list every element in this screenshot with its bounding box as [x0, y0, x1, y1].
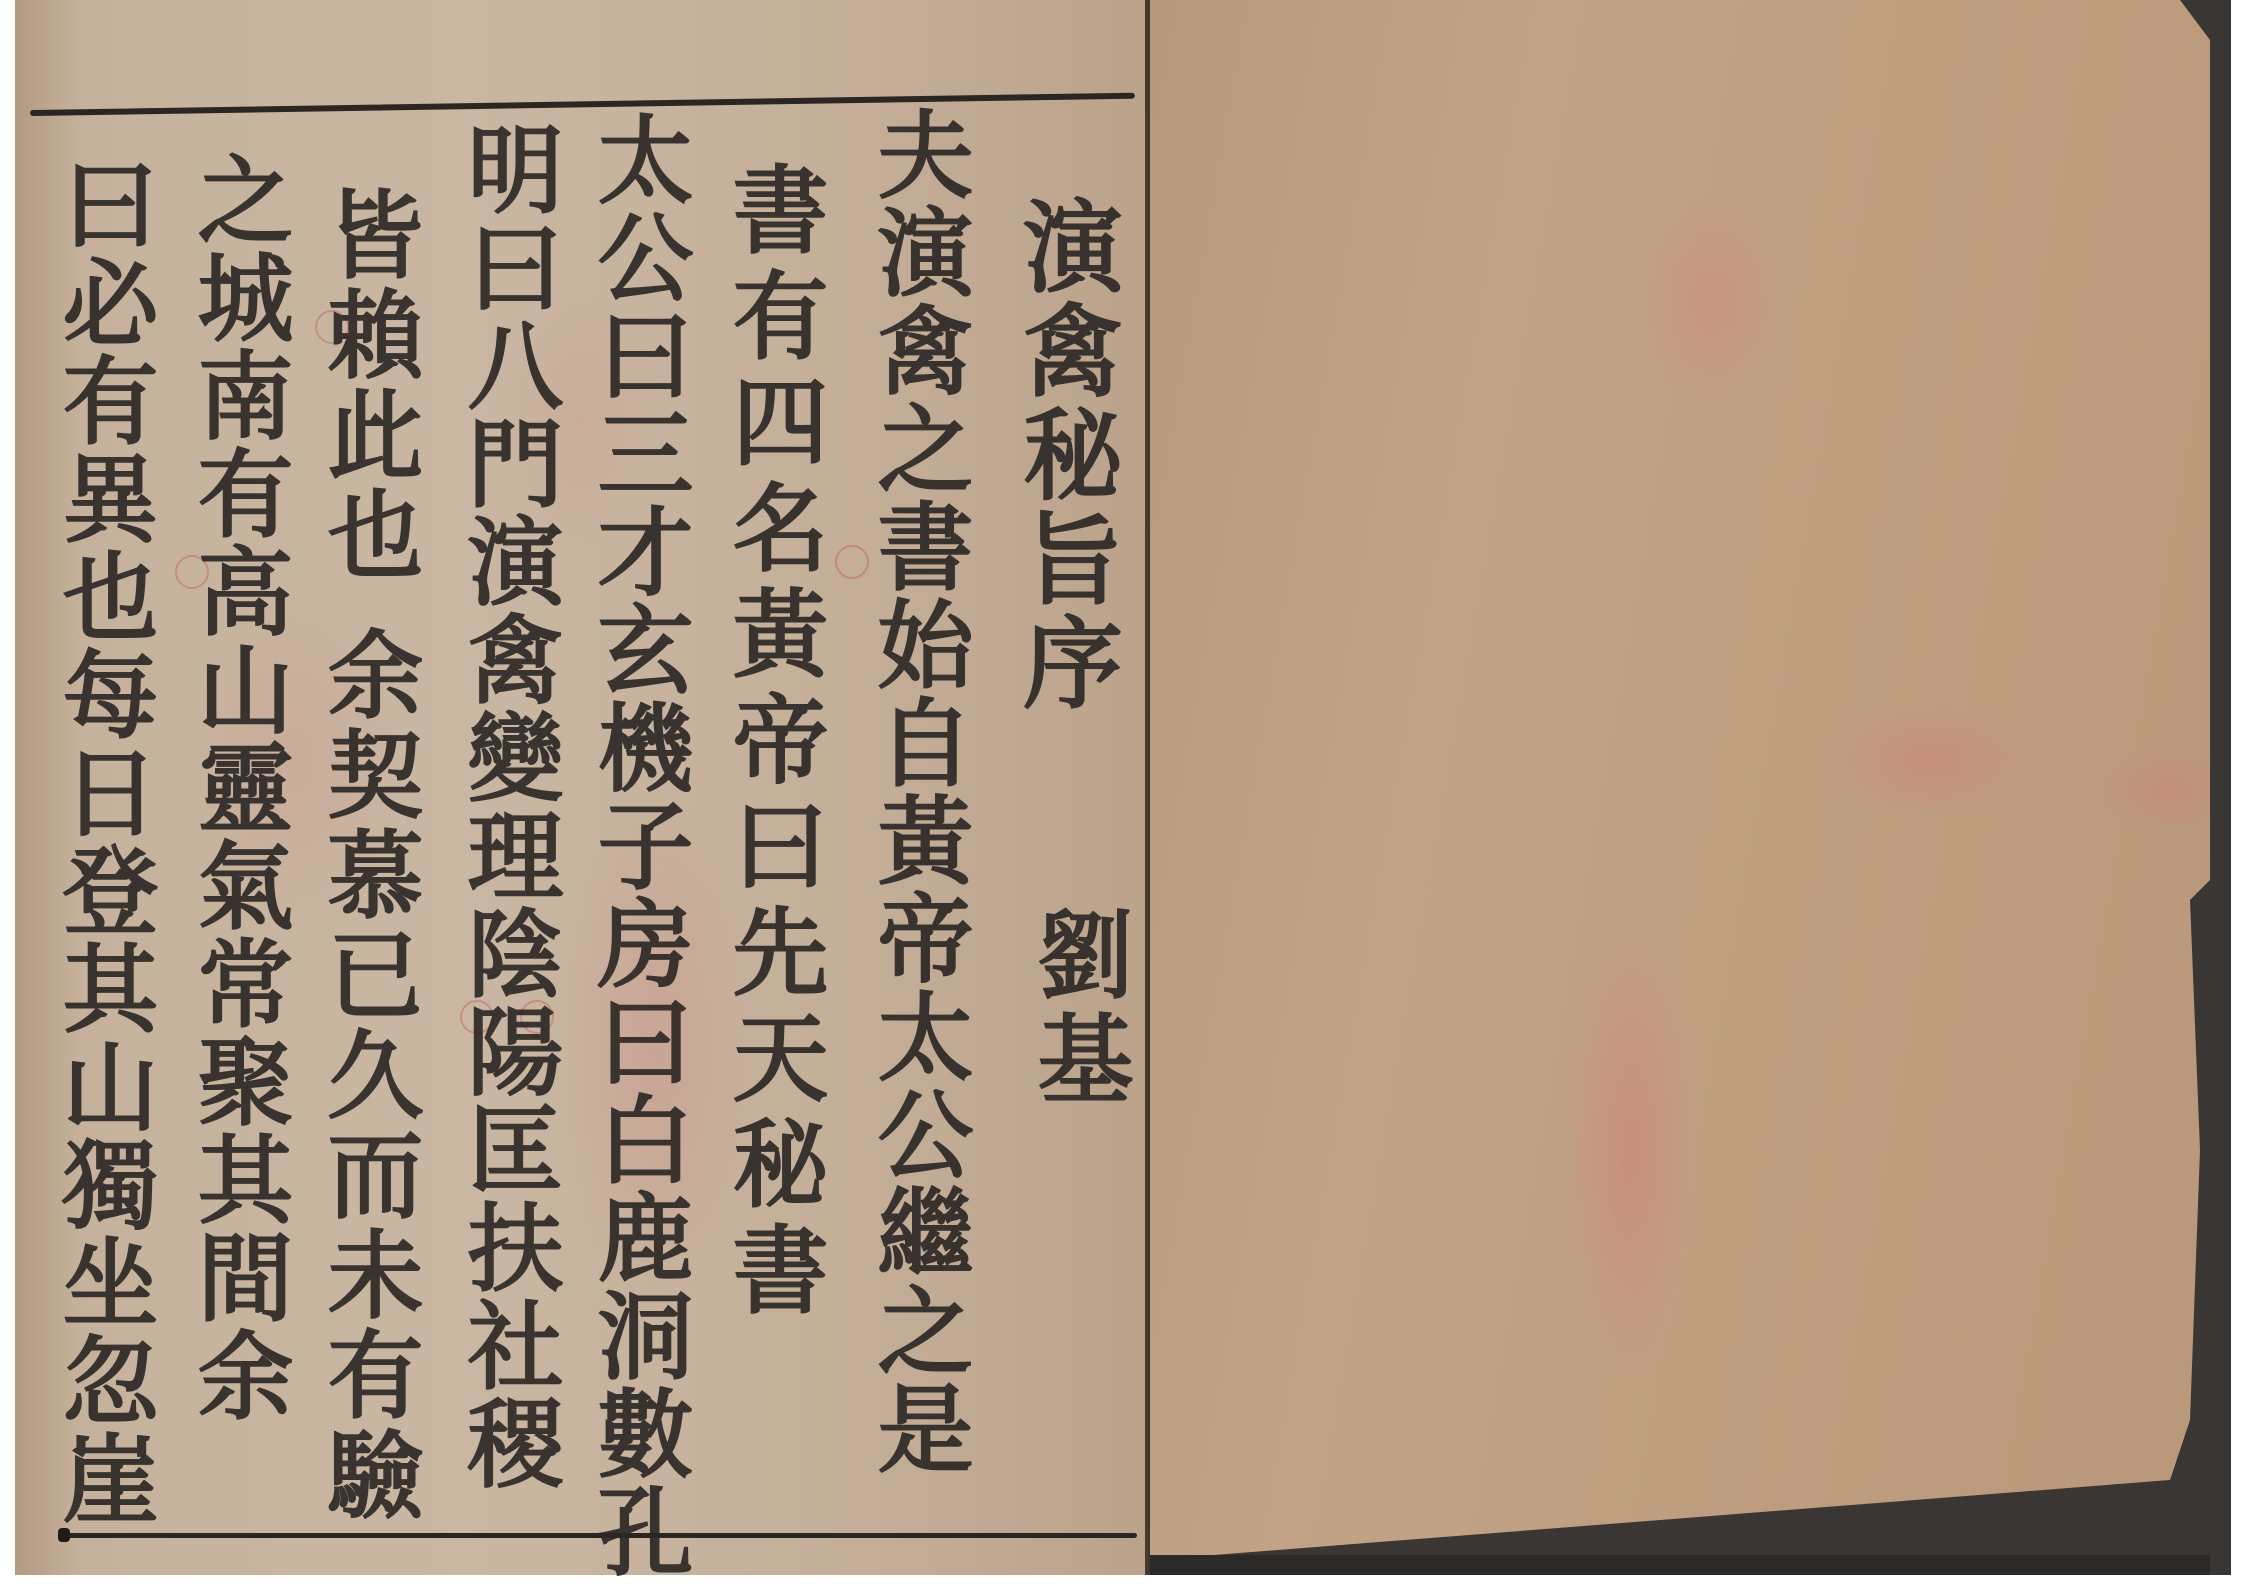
text-column-3: 太公曰三才玄機子房曰白鹿洞數孔: [590, 110, 686, 1580]
text-column-4: 明曰八門演禽變理陰陽匡扶社稷: [460, 120, 556, 1492]
text-column-5: 皆賴此也余契慕已久而未有驗: [320, 185, 416, 1525]
text-column-7: 曰必有異也每日登其山獨坐忽崖: [55, 155, 151, 1527]
border-corner-mark: [58, 1528, 70, 1542]
text-column-1: 夫演禽之書始自黃帝太公繼之是: [870, 105, 966, 1477]
text-column-6: 之城南有高山靈氣常聚其間余: [190, 150, 286, 1424]
table-shadow: [1150, 1555, 2210, 1575]
text-column-2: 書有四名黃帝曰先天秘書: [725, 160, 821, 1326]
text-column-5b: 余契慕已久而未有驗: [312, 625, 425, 1525]
author-name: 劉基: [1030, 905, 1126, 1113]
text-column-5a: 皆賴此也: [312, 185, 425, 585]
right-page-blank: [1150, 0, 2210, 1560]
preface-title: 演禽秘旨序: [1015, 195, 1115, 715]
